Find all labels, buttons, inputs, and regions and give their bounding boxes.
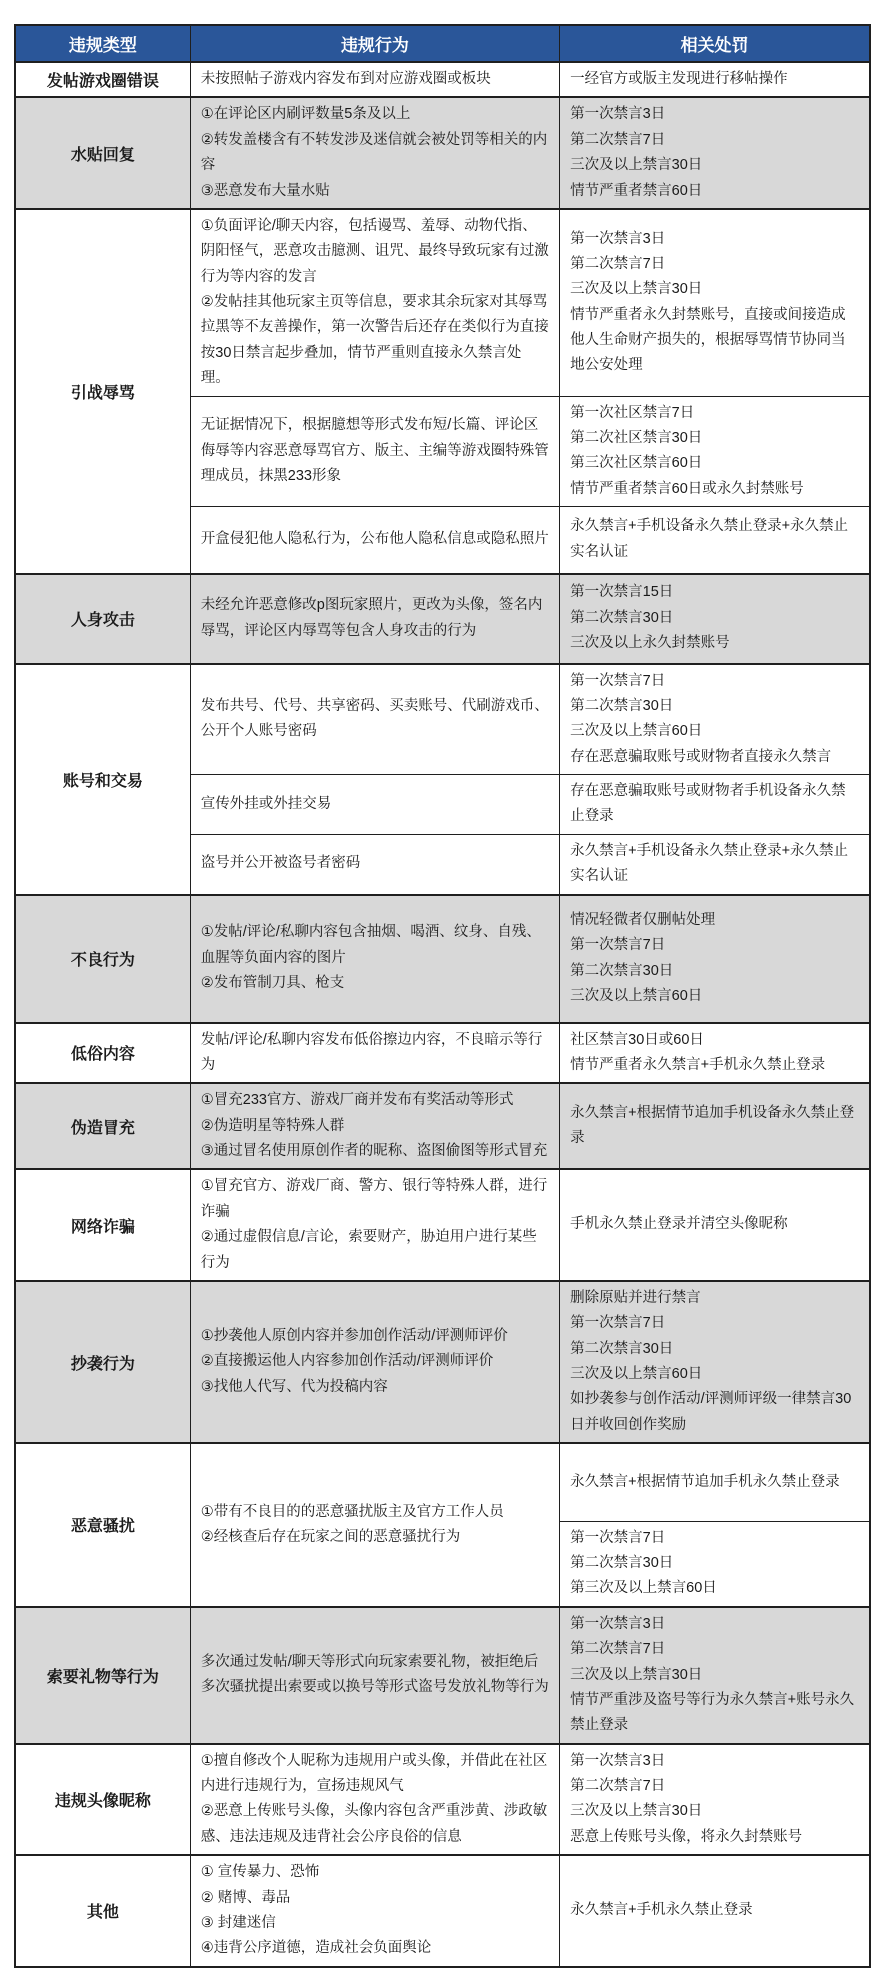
table-row: 抄袭行为 ①抄袭他人原创内容并参加创作活动/评测师评价 ②直接搬运他人内容参加创…	[15, 1281, 870, 1443]
punishment-cell: 永久禁言+根据情节追加手机永久禁止登录	[560, 1443, 870, 1521]
table-row: 人身攻击 未经允许恶意修改p图玩家照片，更改为头像，签名内辱骂，评论区内辱骂等包…	[15, 574, 870, 664]
type-cell: 账号和交易	[15, 664, 190, 895]
table-row: 伪造冒充 ①冒充233官方、游戏厂商并发布有奖活动等形式 ②伪造明星等特殊人群 …	[15, 1083, 870, 1169]
table-row: 其他 ① 宣传暴力、恐怖 ② 赌博、毒品 ③ 封建迷信 ④违背公序道德，造成社会…	[15, 1855, 870, 1967]
behavior-cell: 无证据情况下，根据臆想等形式发布短/长篇、评论区侮辱等内容恶意辱骂官方、版主、主…	[190, 396, 559, 507]
behavior-cell: ①擅自修改个人昵称为违规用户或头像，并借此在社区内进行违规行为，宣扬违规风气 ②…	[190, 1744, 559, 1856]
type-cell: 违规头像昵称	[15, 1744, 190, 1856]
punishment-cell: 第一次禁言7日 第二次禁言30日 第三次及以上禁言60日	[560, 1521, 870, 1607]
behavior-cell: ①在评论区内刷评数量5条及以上 ②转发盖楼含有不转发涉及迷信就会被处罚等相关的内…	[190, 97, 559, 209]
type-cell: 不良行为	[15, 895, 190, 1023]
behavior-cell: 开盒侵犯他人隐私行为，公布他人隐私信息或隐私照片	[190, 507, 559, 574]
punishment-cell: 社区禁言30日或60日 情节严重者永久禁言+手机永久禁止登录	[560, 1023, 870, 1084]
punishment-cell: 第一次禁言15日 第二次禁言30日 三次及以上永久封禁账号	[560, 574, 870, 664]
punishment-cell: 第一次禁言3日 第二次禁言7日 三次及以上禁言30日 情节严重涉及盗号等行为永久…	[560, 1607, 870, 1744]
behavior-cell: 盗号并公开被盗号者密码	[190, 834, 559, 894]
table-row: 恶意骚扰 ①带有不良目的的恶意骚扰版主及官方工作人员 ②经核查后存在玩家之间的恶…	[15, 1443, 870, 1521]
type-cell: 抄袭行为	[15, 1281, 190, 1443]
type-cell: 索要礼物等行为	[15, 1607, 190, 1744]
behavior-cell: ①发帖/评论/私聊内容包含抽烟、喝酒、纹身、自残、血腥等负面内容的图片 ②发布管…	[190, 895, 559, 1023]
type-cell: 低俗内容	[15, 1023, 190, 1084]
punishment-cell: 第一次禁言3日 第二次禁言7日 三次及以上禁言30日 恶意上传账号头像，将永久封…	[560, 1744, 870, 1856]
table-row: 不良行为 ①发帖/评论/私聊内容包含抽烟、喝酒、纹身、自残、血腥等负面内容的图片…	[15, 895, 870, 1023]
behavior-cell: 发帖/评论/私聊内容发布低俗擦边内容，不良暗示等行为	[190, 1023, 559, 1084]
table-row: 账号和交易 发布共号、代号、共享密码、买卖账号、代刷游戏币、公开个人账号密码 第…	[15, 664, 870, 775]
punishment-cell: 第一次社区禁言7日 第二次社区禁言30日 第三次社区禁言60日 情节严重者禁言6…	[560, 396, 870, 507]
table-header-row: 违规类型 违规行为 相关处罚	[15, 25, 870, 62]
table-row: 网络诈骗 ①冒充官方、游戏厂商、警方、银行等特殊人群，进行诈骗 ②通过虚假信息/…	[15, 1169, 870, 1281]
behavior-cell: ① 宣传暴力、恐怖 ② 赌博、毒品 ③ 封建迷信 ④违背公序道德，造成社会负面舆…	[190, 1855, 559, 1967]
behavior-cell: 未经允许恶意修改p图玩家照片，更改为头像，签名内辱骂，评论区内辱骂等包含人身攻击…	[190, 574, 559, 664]
behavior-cell: ①带有不良目的的恶意骚扰版主及官方工作人员 ②经核查后存在玩家之间的恶意骚扰行为	[190, 1443, 559, 1607]
type-cell: 伪造冒充	[15, 1083, 190, 1169]
punishment-cell: 永久禁言+手机设备永久禁止登录+永久禁止实名认证	[560, 834, 870, 894]
punishment-cell: 第一次禁言3日 第二次禁言7日 三次及以上禁言30日 情节严重者永久封禁账号，直…	[560, 209, 870, 396]
punishment-cell: 一经官方或版主发现进行移帖操作	[560, 62, 870, 97]
table-row: 索要礼物等行为 多次通过发帖/聊天等形式向玩家索要礼物，被拒绝后多次骚扰提出索要…	[15, 1607, 870, 1744]
type-cell: 发帖游戏圈错误	[15, 62, 190, 97]
behavior-cell: 宣传外挂或外挂交易	[190, 775, 559, 835]
page: 违规类型 违规行为 相关处罚 发帖游戏圈错误 未按照帖子游戏内容发布到对应游戏圈…	[0, 0, 885, 1984]
behavior-cell: ①抄袭他人原创内容并参加创作活动/评测师评价 ②直接搬运他人内容参加创作活动/评…	[190, 1281, 559, 1443]
punishment-cell: 存在恶意骗取账号或财物者手机设备永久禁止登录	[560, 775, 870, 835]
behavior-cell: 多次通过发帖/聊天等形式向玩家索要礼物，被拒绝后多次骚扰提出索要或以换号等形式盗…	[190, 1607, 559, 1744]
header-related-punishment: 相关处罚	[560, 25, 870, 62]
type-cell: 恶意骚扰	[15, 1443, 190, 1607]
behavior-cell: ①负面评论/聊天内容，包括谩骂、羞辱、动物代指、阴阳怪气，恶意攻击臆测、诅咒、最…	[190, 209, 559, 396]
punishment-cell: 删除原贴并进行禁言 第一次禁言7日 第二次禁言30日 三次及以上禁言60日 如抄…	[560, 1281, 870, 1443]
behavior-cell: 发布共号、代号、共享密码、买卖账号、代刷游戏币、公开个人账号密码	[190, 664, 559, 775]
header-violation-type: 违规类型	[15, 25, 190, 62]
punishment-cell: 永久禁言+手机设备永久禁止登录+永久禁止实名认证	[560, 507, 870, 574]
type-cell: 水贴回复	[15, 97, 190, 209]
behavior-cell: ①冒充官方、游戏厂商、警方、银行等特殊人群，进行诈骗 ②通过虚假信息/言论，索要…	[190, 1169, 559, 1281]
punishment-cell: 第一次禁言7日 第二次禁言30日 三次及以上禁言60日 存在恶意骗取账号或财物者…	[560, 664, 870, 775]
behavior-cell: 未按照帖子游戏内容发布到对应游戏圈或板块	[190, 62, 559, 97]
violation-rules-table: 违规类型 违规行为 相关处罚 发帖游戏圈错误 未按照帖子游戏内容发布到对应游戏圈…	[14, 24, 871, 1968]
behavior-cell: ①冒充233官方、游戏厂商并发布有奖活动等形式 ②伪造明星等特殊人群 ③通过冒名…	[190, 1083, 559, 1169]
punishment-cell: 手机永久禁止登录并清空头像昵称	[560, 1169, 870, 1281]
table-row: 引战辱骂 ①负面评论/聊天内容，包括谩骂、羞辱、动物代指、阴阳怪气，恶意攻击臆测…	[15, 209, 870, 396]
table-row: 水贴回复 ①在评论区内刷评数量5条及以上 ②转发盖楼含有不转发涉及迷信就会被处罚…	[15, 97, 870, 209]
table-row: 违规头像昵称 ①擅自修改个人昵称为违规用户或头像，并借此在社区内进行违规行为，宣…	[15, 1744, 870, 1856]
punishment-cell: 情况轻微者仅删帖处理 第一次禁言7日 第二次禁言30日 三次及以上禁言60日	[560, 895, 870, 1023]
punishment-cell: 永久禁言+手机永久禁止登录	[560, 1855, 870, 1967]
type-cell: 引战辱骂	[15, 209, 190, 574]
punishment-cell: 第一次禁言3日 第二次禁言7日 三次及以上禁言30日 情节严重者禁言60日	[560, 97, 870, 209]
table-row: 低俗内容 发帖/评论/私聊内容发布低俗擦边内容，不良暗示等行为 社区禁言30日或…	[15, 1023, 870, 1084]
punishment-cell: 永久禁言+根据情节追加手机设备永久禁止登录	[560, 1083, 870, 1169]
type-cell: 网络诈骗	[15, 1169, 190, 1281]
type-cell: 其他	[15, 1855, 190, 1967]
table-row: 发帖游戏圈错误 未按照帖子游戏内容发布到对应游戏圈或板块 一经官方或版主发现进行…	[15, 62, 870, 97]
header-violation-behavior: 违规行为	[190, 25, 559, 62]
type-cell: 人身攻击	[15, 574, 190, 664]
